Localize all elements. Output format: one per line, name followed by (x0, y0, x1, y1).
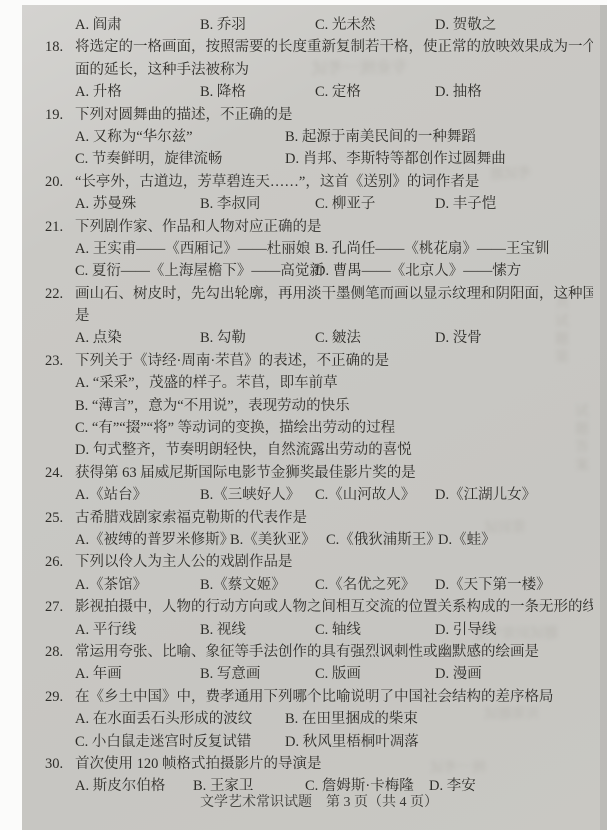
question-21-options-ab: A. 王实甫——《西厢记》——杜丽娘 B. 孔尚任——《桃花扇》——王宝钏 (45, 238, 593, 260)
question-24-options: A.《站台》 B.《三峡好人》 C.《山河故人》 D.《江湖儿女》 (45, 484, 593, 506)
question-28-options: A. 年画 B. 写意画 C. 版画 D. 漫画 (45, 663, 593, 685)
question-23-option-a: A. “采采”，茂盛的样子。芣苢，即车前草 (45, 372, 593, 394)
question-number: 25. (45, 507, 75, 529)
option: A. 苏曼殊 (75, 193, 200, 215)
question-number: 24. (45, 462, 75, 484)
question-18-continuation: 面的延长，这种手法被称为 (45, 59, 593, 81)
question-number: 20. (45, 171, 75, 193)
option: A. 在水面丢石头形成的波纹 (75, 708, 285, 730)
option: A. 升格 (75, 81, 200, 103)
option: D. 句式整齐，节奏明朗轻快，自然流露出劳动的喜悦 (75, 439, 412, 461)
option: D. 秋风里梧桐叶凋落 (285, 731, 419, 753)
question-stem: 获得第 63 届威尼斯国际电影节金狮奖最佳影片奖的是 (75, 462, 593, 484)
option: D. 抽格 (435, 81, 482, 103)
option: B.《蔡文姬》 (200, 574, 315, 596)
option: B. “薄言”，意为“不用说”，表现劳动的快乐 (75, 395, 350, 417)
question-23-option-b: B. “薄言”，意为“不用说”，表现劳动的快乐 (45, 395, 593, 417)
option: C. 光未然 (315, 14, 435, 36)
question-stem: 下列对圆舞曲的描述，不正确的是 (75, 104, 593, 126)
question-26: 26. 下列以伶人为主人公的戏剧作品是 (45, 551, 593, 573)
option: D. 肖邦、李斯特等都创作过圆舞曲 (285, 148, 506, 170)
question-23-option-c: C. “有”“掇”“将” 等动词的变换，描绘出劳动的过程 (45, 417, 593, 439)
option: C. 版画 (315, 663, 435, 685)
option: B. 乔羽 (200, 14, 315, 36)
option: D. 漫画 (435, 663, 482, 685)
question-number: 18. (45, 36, 75, 58)
question-number: 23. (45, 350, 75, 372)
option: C. “有”“掇”“将” 等动词的变换，描绘出劳动的过程 (75, 417, 395, 439)
exam-body: A. 阎肃 B. 乔羽 C. 光未然 D. 贺敬之 18. 将选定的一格画面，按… (45, 14, 593, 798)
option: D. 贺敬之 (435, 14, 496, 36)
question-19-options-cd: C. 节奏鲜明，旋律流畅 D. 肖邦、李斯特等都创作过圆舞曲 (45, 148, 593, 170)
question-20-options: A. 苏曼殊 B. 李叔同 C. 柳亚子 D. 丰子恺 (45, 193, 593, 215)
question-stem: 画山石、树皮时，先勾出轮廓，再用淡干墨侧笔而画以显示纹理和阴阳面，这种国画技法 (75, 283, 593, 305)
option: B. 起源于南美民间的一种舞蹈 (285, 126, 476, 148)
question-27-options: A. 平行线 B. 视线 C. 轴线 D. 引导线 (45, 619, 593, 641)
option: A. 点染 (75, 327, 200, 349)
question-21: 21. 下列剧作家、作品和人物对应正确的是 (45, 216, 593, 238)
question-27: 27. 影视拍摄中，人物的行动方向或人物之间相互交流的位置关系构成的一条无形的线… (45, 596, 593, 618)
option: A. 平行线 (75, 619, 200, 641)
option: B.《三峡好人》 (200, 484, 315, 506)
question-29: 29. 在《乡土中国》中，费孝通用下列哪个比喻说明了中国社会结构的差序格局 (45, 686, 593, 708)
option: C.《名优之死》 (315, 574, 435, 596)
option: B. 勾勒 (200, 327, 315, 349)
option: D.《天下第一楼》 (435, 574, 551, 596)
option: C. 定格 (315, 81, 435, 103)
option: A. 阎肃 (75, 14, 200, 36)
option: A. 王实甫——《西厢记》——杜丽娘 (75, 238, 315, 260)
option: B. 李叔同 (200, 193, 315, 215)
option: C. 轴线 (315, 619, 435, 641)
question-21-options-cd: C. 夏衍——《上海屋檐下》——高觉新 D. 曹禺——《北京人》——愫方 (45, 260, 593, 282)
question-number: 30. (45, 753, 75, 775)
question-stem: 下列关于《诗经·周南·芣苢》的表述，不正确的是 (75, 350, 593, 372)
option: D. 没骨 (435, 327, 482, 349)
question-19: 19. 下列对圆舞曲的描述，不正确的是 (45, 104, 593, 126)
question-23-option-d: D. 句式整齐，节奏明朗轻快，自然流露出劳动的喜悦 (45, 439, 593, 461)
option: D.《蛙》 (438, 529, 496, 551)
option: C. 柳亚子 (315, 193, 435, 215)
question-number: 22. (45, 283, 75, 305)
carryover-options-row: A. 阎肃 B. 乔羽 C. 光未然 D. 贺敬之 (45, 14, 593, 36)
question-stem: 首次使用 120 帧格式拍摄影片的导演是 (75, 753, 593, 775)
question-stem: 影视拍摄中，人物的行动方向或人物之间相互交流的位置关系构成的一条无形的线叫做 (75, 596, 593, 618)
question-23: 23. 下列关于《诗经·周南·芣苢》的表述，不正确的是 (45, 350, 593, 372)
question-stem: “长亭外，古道边，芳草碧连天……”，这首《送别》的词作者是 (75, 171, 593, 193)
question-number: 19. (45, 104, 75, 126)
option: A.《站台》 (75, 484, 200, 506)
question-number: 21. (45, 216, 75, 238)
question-29-options-cd: C. 小白鼠走迷宫时反复试错 D. 秋风里梧桐叶凋落 (45, 731, 593, 753)
option: B. 在田里捆成的柴束 (285, 708, 418, 730)
scanned-exam-page: 专业统一考试 考试题 共试题第 试题答案 常识试 题试识常学文 页第题试 统一考… (0, 0, 607, 830)
question-number: 27. (45, 596, 75, 618)
paper-sheet: 专业统一考试 考试题 共试题第 试题答案 常识试 题试识常学文 页第题试 统一考… (22, 5, 607, 830)
option: B.《美狄亚》 (230, 529, 326, 551)
question-number: 29. (45, 686, 75, 708)
option: C. 节奏鲜明，旋律流畅 (75, 148, 285, 170)
option: D.《江湖儿女》 (435, 484, 536, 506)
question-stem: 古希腊戏剧家索福克勒斯的代表作是 (75, 507, 593, 529)
question-number: 26. (45, 551, 75, 573)
question-20: 20. “长亭外，古道边，芳草碧连天……”，这首《送别》的词作者是 (45, 171, 593, 193)
option: C.《山河故人》 (315, 484, 435, 506)
option: C. 夏衍——《上海屋檐下》——高觉新 (75, 260, 315, 282)
question-stem: 下列剧作家、作品和人物对应正确的是 (75, 216, 593, 238)
question-18-options: A. 升格 B. 降格 C. 定格 D. 抽格 (45, 81, 593, 103)
option: A. 年画 (75, 663, 200, 685)
option: C.《俄狄浦斯王》 (326, 529, 438, 551)
option: A. 又称为“华尔兹” (75, 126, 285, 148)
option: B. 视线 (200, 619, 315, 641)
question-29-options-ab: A. 在水面丢石头形成的波纹 B. 在田里捆成的柴束 (45, 708, 593, 730)
option: B. 降格 (200, 81, 315, 103)
question-18: 18. 将选定的一格画面，按照需要的长度重新复制若干格，使正常的放映效果成为一个… (45, 36, 593, 58)
question-stem: 将选定的一格画面，按照需要的长度重新复制若干格，使正常的放映效果成为一个静止画 (75, 36, 593, 58)
question-22: 22. 画山石、树皮时，先勾出轮廓，再用淡干墨侧笔而画以显示纹理和阴阳面，这种国… (45, 283, 593, 305)
option: D. 丰子恺 (435, 193, 496, 215)
question-stem: 下列以伶人为主人公的戏剧作品是 (75, 551, 593, 573)
question-22-continuation: 是 (45, 305, 593, 327)
question-24: 24. 获得第 63 届威尼斯国际电影节金狮奖最佳影片奖的是 (45, 462, 593, 484)
option: D. 曹禺——《北京人》——愫方 (315, 260, 521, 282)
question-25: 25. 古希腊戏剧家索福克勒斯的代表作是 (45, 507, 593, 529)
option: C. 小白鼠走迷宫时反复试错 (75, 731, 285, 753)
option: A.《茶馆》 (75, 574, 200, 596)
question-30: 30. 首次使用 120 帧格式拍摄影片的导演是 (45, 753, 593, 775)
question-22-options: A. 点染 B. 勾勒 C. 皴法 D. 没骨 (45, 327, 593, 349)
option: C. 皴法 (315, 327, 435, 349)
page-footer: 文学艺术常识试题 第 3 页（共 4 页） (45, 791, 593, 811)
option: B. 写意画 (200, 663, 315, 685)
question-stem: 面的延长，这种手法被称为 (75, 59, 249, 81)
option: D. 引导线 (435, 619, 496, 641)
question-25-options: A.《被缚的普罗米修斯》 B.《美狄亚》 C.《俄狄浦斯王》 D.《蛙》 (45, 529, 593, 551)
question-28: 28. 常运用夸张、比喻、象征等手法创作的具有强烈讽刺性或幽默感的绘画是 (45, 641, 593, 663)
option: A. “采采”，茂盛的样子。芣苢，即车前草 (75, 372, 338, 394)
question-stem: 在《乡土中国》中，费孝通用下列哪个比喻说明了中国社会结构的差序格局 (75, 686, 593, 708)
question-stem: 是 (75, 305, 90, 327)
question-stem: 常运用夸张、比喻、象征等手法创作的具有强烈讽刺性或幽默感的绘画是 (75, 641, 593, 663)
question-19-options-ab: A. 又称为“华尔兹” B. 起源于南美民间的一种舞蹈 (45, 126, 593, 148)
question-26-options: A.《茶馆》 B.《蔡文姬》 C.《名优之死》 D.《天下第一楼》 (45, 574, 593, 596)
question-number: 28. (45, 641, 75, 663)
option: B. 孔尚任——《桃花扇》——王宝钏 (315, 238, 549, 260)
option: A.《被缚的普罗米修斯》 (75, 529, 230, 551)
